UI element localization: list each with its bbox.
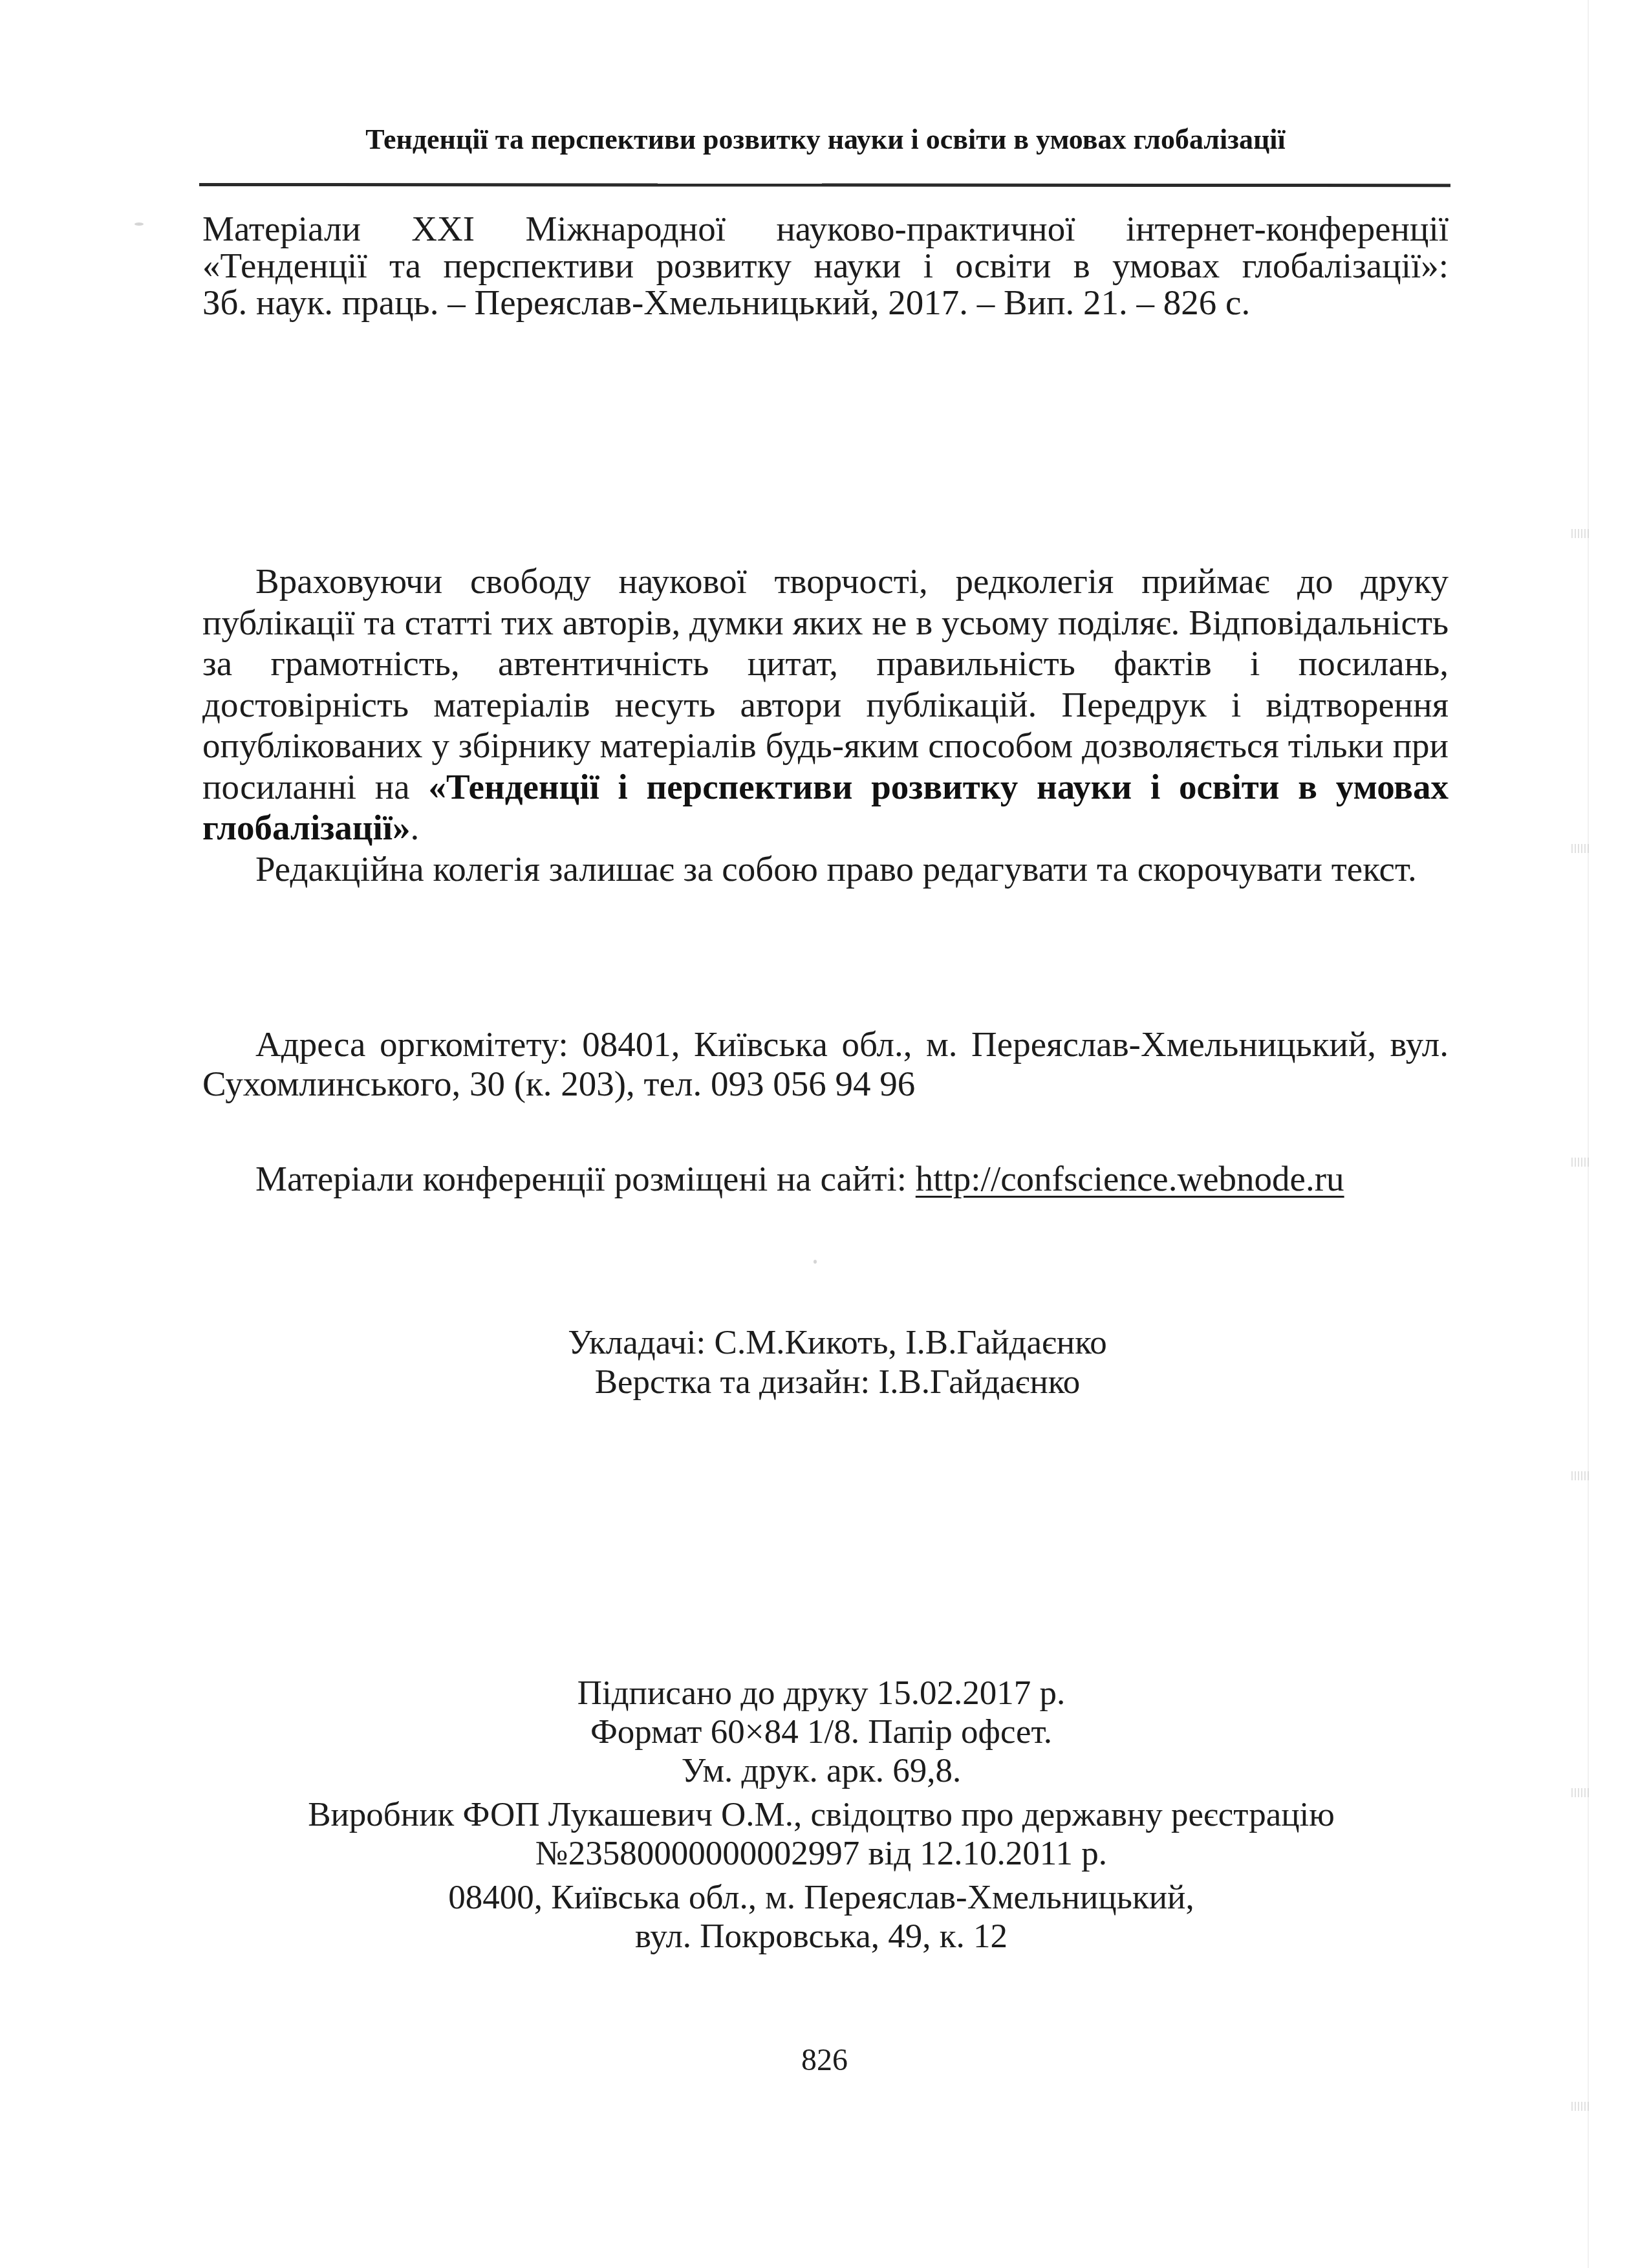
imprint-signed: Підписано до друку 15.02.2017 р. — [194, 1674, 1449, 1712]
scan-smudge — [1571, 844, 1590, 853]
scan-edge-line — [1588, 0, 1589, 2268]
disclaimer-end: . — [411, 808, 420, 847]
compilers-line: Укладачі: С.М.Кикоть, І.В.Гайдаєнко — [0, 1323, 1649, 1363]
committee-address: Адреса оргкомітету: 08401, Київська обл.… — [202, 1024, 1449, 1103]
scan-speck — [135, 222, 144, 226]
header-rule — [199, 183, 1450, 187]
imprint-address-line-2: вул. Покровська, 49, к. 12 — [194, 1917, 1449, 1956]
scan-smudge — [1571, 1158, 1590, 1167]
site-paragraph: Матеріали конференції розміщені на сайті… — [202, 1159, 1449, 1198]
imprint-registration: №23580000000002997 від 12.10.2011 р. — [194, 1834, 1449, 1873]
layout-design-line: Верстка та дизайн: І.В.Гайдаєнко — [0, 1363, 1649, 1402]
imprint-address-line-1: 08400, Київська обл., м. Переяслав-Хмель… — [194, 1878, 1449, 1917]
citation-line: Зб. наук. праць. – Переяслав-Хмельницьки… — [202, 284, 1449, 321]
citation-line: «Тенденції та перспективи розвитку науки… — [202, 247, 1449, 284]
running-head: Тенденції та перспективи розвитку науки … — [202, 122, 1449, 158]
citation-line: Матеріали XXI Міжнародної науково-практи… — [202, 210, 1449, 247]
scan-speck — [814, 1260, 817, 1264]
disclaimer-paragraph: Враховуючи свободу наукової творчості, р… — [202, 561, 1449, 848]
disclaimer-block: Враховуючи свободу наукової творчості, р… — [202, 561, 1449, 889]
committee-address-text: Адреса оргкомітету: 08401, Київська обл.… — [202, 1024, 1449, 1103]
citation-block: Матеріали XXI Міжнародної науково-практи… — [202, 210, 1449, 321]
scan-smudge — [1571, 1788, 1590, 1797]
imprint-sheets: Ум. друк. арк. 69,8. — [194, 1751, 1449, 1790]
site-link[interactable]: http://confscience.webnode.ru — [916, 1159, 1344, 1198]
site-label: Матеріали конференції розміщені на сайті… — [255, 1159, 916, 1198]
scan-smudge — [1571, 2102, 1590, 2111]
credits-block: Укладачі: С.М.Кикоть, І.В.Гайдаєнко Верс… — [0, 1323, 1649, 1402]
imprint-format: Формат 60×84 1/8. Папір офсет. — [194, 1712, 1449, 1751]
scan-smudge — [1571, 529, 1590, 538]
scan-smudge — [1571, 1471, 1590, 1480]
site-line: Матеріали конференції розміщені на сайті… — [202, 1159, 1449, 1198]
imprint-producer: Виробник ФОП Лукашевич О.М., свідоцтво п… — [194, 1795, 1449, 1834]
page-number: 826 — [711, 2042, 938, 2079]
imprint-block: Підписано до друку 15.02.2017 р. Формат … — [194, 1674, 1449, 1956]
editorial-rights-paragraph: Редакційна колегія залишає за собою прав… — [202, 848, 1449, 890]
